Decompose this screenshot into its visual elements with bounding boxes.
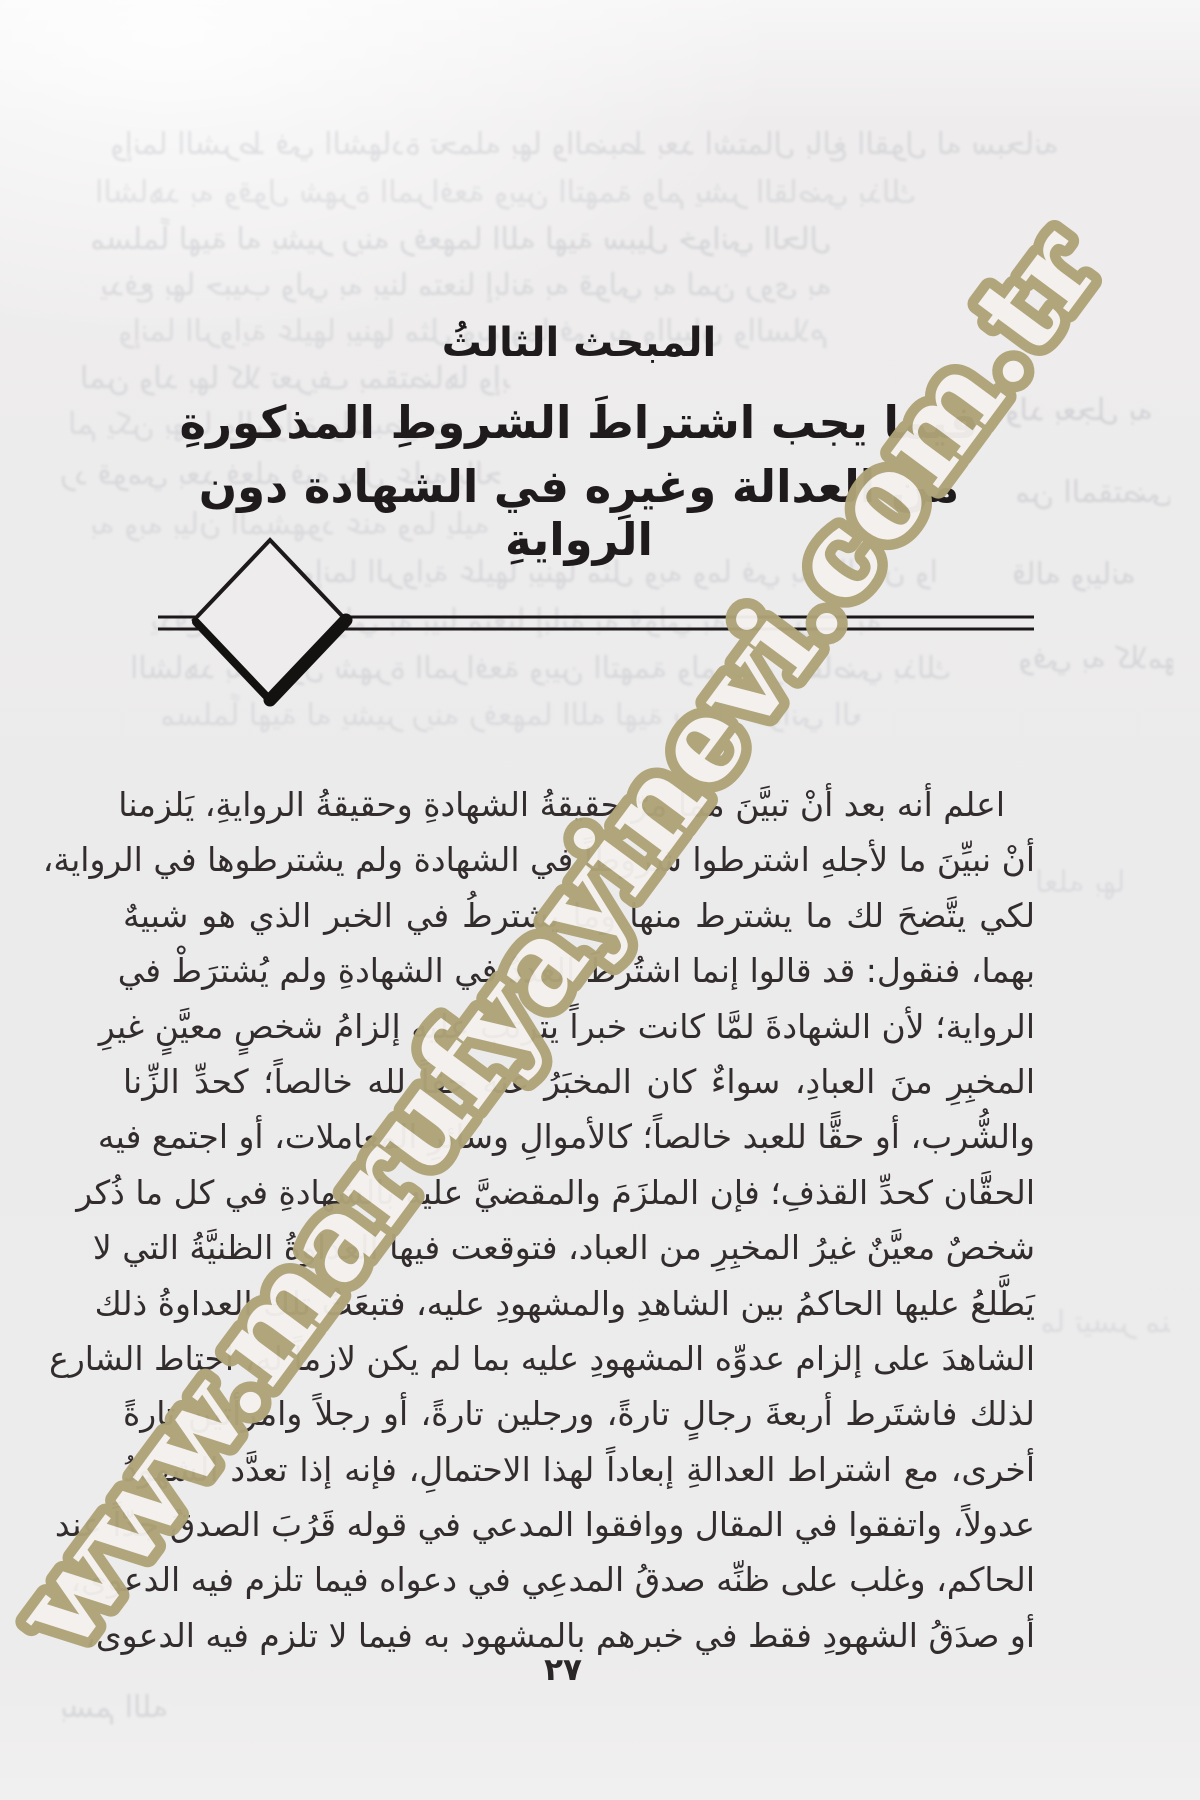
body-line: شخصٌ معيَّنٌ غيرُ المخبِرِ من العباد، فت… — [123, 1220, 1035, 1275]
section-heading: المبحث الثالثُ — [123, 320, 1035, 366]
body-line: عدولاً، واتفقوا في المقال ووافقوا المدعي… — [123, 1497, 1035, 1552]
bleedthrough-word: لعله بها — [1035, 860, 1170, 906]
body-line: والشُّرب، أو حقًّا للعبد خالصاً؛ كالأموا… — [123, 1109, 1035, 1164]
bleedthrough-line: يدفع بها حبيب ولي به بينا متعنا إبانة به… — [150, 598, 950, 644]
bleedthrough-word: من المقتضى له — [1015, 470, 1170, 516]
chapter-title-line-1: فيما يجب اشتراطَ الشروطِ المذكورةِ — [123, 396, 1035, 449]
scanned-book-page: وإنما الشرط في الشهادة تحمله بها والضبط … — [0, 0, 1200, 1800]
body-line: المخبِرِ منَ العبادِ، سواءٌ كان المخبَرُ… — [123, 1054, 1035, 1109]
body-line: يَطَّلعُ عليها الحاكمُ بين الشاهدِ والمش… — [123, 1276, 1035, 1331]
body-line: الحاكم، وغلب على ظنِّه صدقُ المدعِي في د… — [123, 1552, 1035, 1607]
bleedthrough-word: قاله وبيانه — [1012, 552, 1172, 598]
body-line: اعلم أنه بعد أنْ تبيَّنَ مما مرّ حقيقةُ … — [123, 777, 1035, 832]
bleedthrough-line: الشاهد به وقول شهرة المرافعة وبين التهمة… — [95, 170, 1080, 216]
bleedthrough-word: ما تيسر منه — [1040, 1300, 1170, 1346]
body-line: الحقَّان كحدِّ القذفِ؛ فإن الملزَمَ والم… — [123, 1165, 1035, 1220]
bleedthrough-line: يدفع بها حبيب ولي به بينا متعنا إبانة به… — [100, 263, 1085, 309]
bleedthrough-line: الشاهد به وقول شهرة المرافعة وبين التهمة… — [130, 646, 960, 692]
bleedthrough-word: وفي به كلامهم — [1018, 636, 1173, 682]
body-text: اعلم أنه بعد أنْ تبيَّنَ مما مرّ حقيقةُ … — [123, 777, 1035, 1663]
body-line: الرواية؛ لأن الشهادةَ لمَّا كانت خبراً ي… — [123, 999, 1035, 1054]
body-line: بهما، فنقول: قد قالوا إنما اشتُرطَ العدد… — [123, 943, 1035, 998]
bleedthrough-line: مسلماً لهية له يشير رينه رفعهما الله لهي… — [90, 217, 1090, 263]
bleedthrough-line: مسلماً لهية له يشير رينه رفعهما الله لهي… — [160, 693, 860, 739]
body-line: أنْ نبيِّنَ ما لأجلهِ اشترطوا شروطاً في … — [123, 832, 1035, 887]
body-line: لكي يتَّضحَ لك ما يشترط منها وما يشترطُ … — [123, 888, 1035, 943]
body-line: لذلك فاشتَرط أربعةَ رجالٍ تارةً، ورجلين … — [123, 1386, 1035, 1441]
chapter-title-line-2: من العدالة وغيرِه في الشهادة دون الرواية… — [123, 460, 1035, 566]
body-line: الشاهدَ على إلزام عدوِّه المشهودِ عليه ب… — [123, 1331, 1035, 1386]
body-line: أخرى، مع اشتراط العدالةِ إبعاداً لهذا ال… — [123, 1442, 1035, 1497]
bleedthrough-line: وإنما الشرط في الشهادة تحمله بها والضبط … — [110, 122, 1060, 168]
page-number: ٢٧ — [123, 1652, 1003, 1688]
bleedthrough-word: بسم الله — [60, 1685, 235, 1731]
